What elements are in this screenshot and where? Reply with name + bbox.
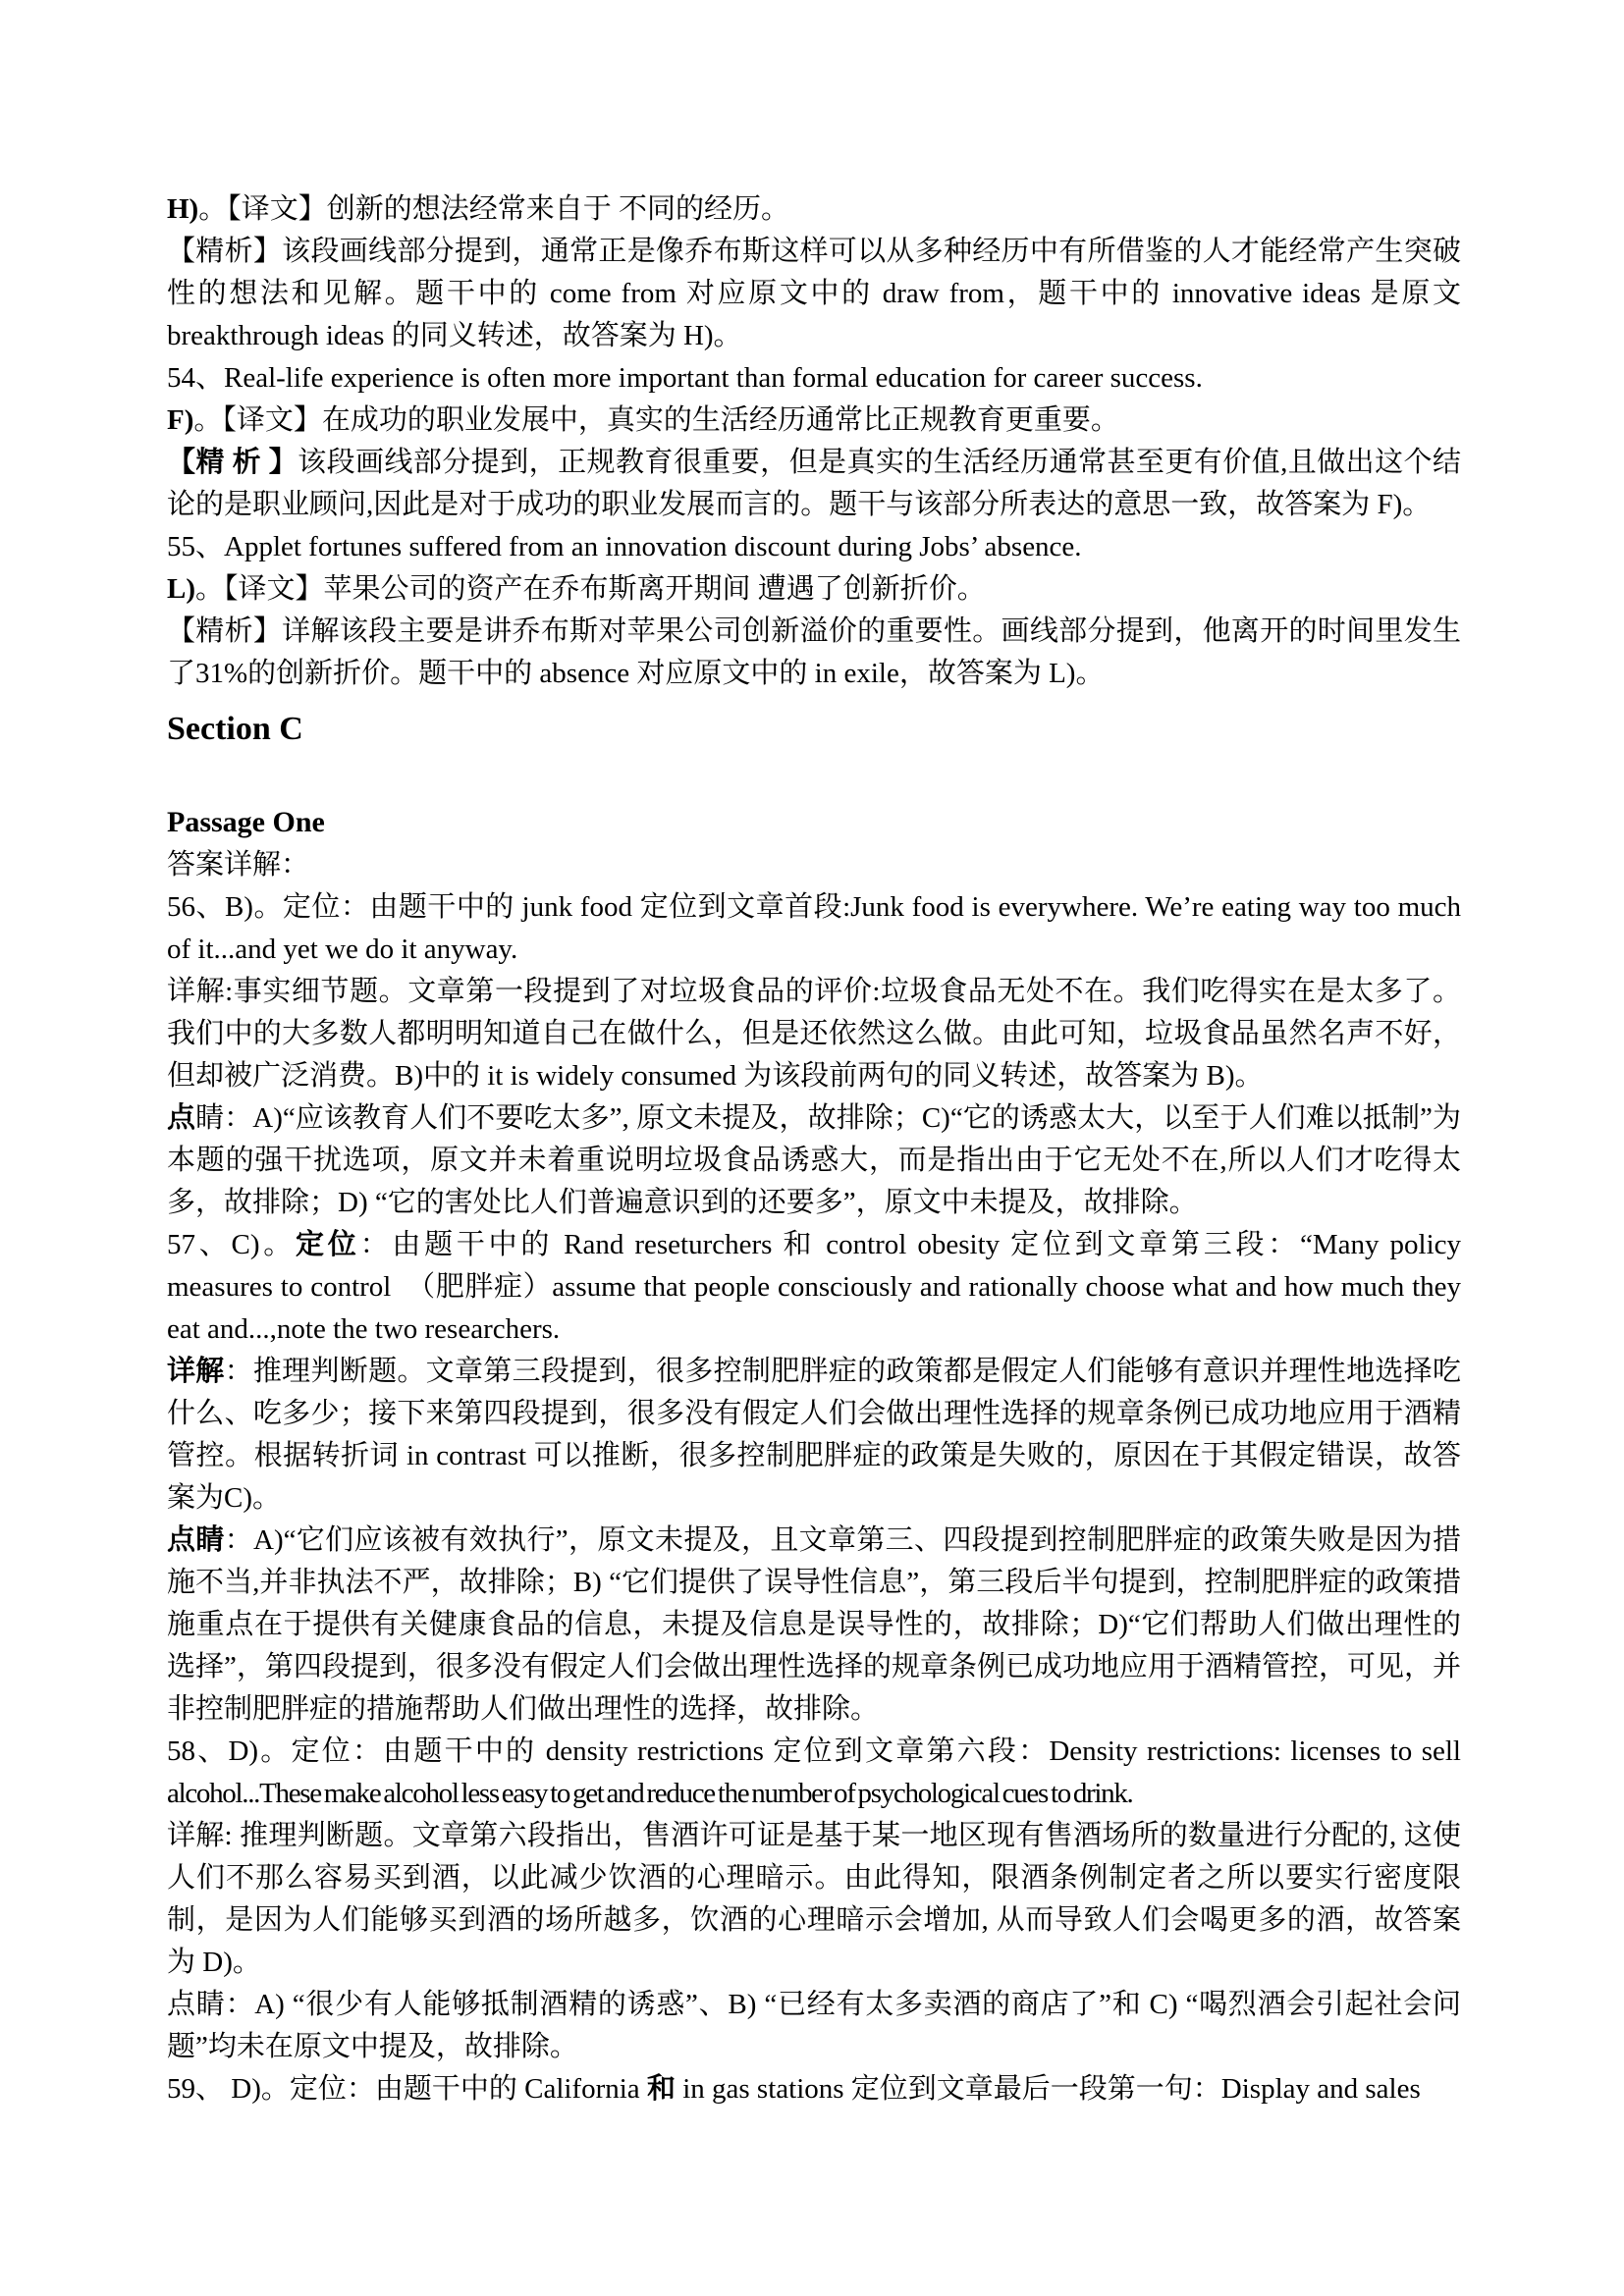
q58-explanation: 详解: 推理判断题。文章第六段指出，售酒许可证是基于某一地区现有售酒场所的数量进… xyxy=(167,1815,1461,1984)
q57-location: 57、C)。定位：由题干中的 Rand reseturchers 和 contr… xyxy=(167,1224,1461,1351)
text-segment: in gas stations 定位到文章最后一段第一句：Display and… xyxy=(676,2073,1421,2105)
text-segment: 【精析】该段画线部分提到，通常正是像乔布斯这样可以从多种经历中有所借鉴的人才能经… xyxy=(167,236,1461,351)
text-segment: 详解: 推理判断题。文章第六段指出，售酒许可证是基于某一地区现有售酒场所的数量进… xyxy=(167,1820,1461,1978)
text-segment: 59、 D)。定位：由题干中的 California xyxy=(167,2073,647,2105)
text-segment: ：推理判断题。文章第三段提到，很多控制肥胖症的政策都是假定人们能够有意识并理性地… xyxy=(167,1356,1461,1514)
q58-tips: 点睛：A) “很少有人能够抵制酒精的诱惑”、B) “已经有太多卖酒的商店了”和 … xyxy=(167,1984,1461,2068)
q57-tips: 点睛：A)“它们应该被有效执行”，原文未提及，且文章第三、四段提到控制肥胖症的政… xyxy=(167,1520,1461,1731)
text-segment: 55、Applet fortunes suffered from an inno… xyxy=(167,531,1082,562)
q57-explanation: 详解：推理判断题。文章第三段提到，很多控制肥胖症的政策都是假定人们能够有意识并理… xyxy=(167,1351,1461,1520)
tips-label: 点睛 xyxy=(167,1524,225,1556)
text-segment: 57、C)。 xyxy=(167,1229,296,1260)
text-segment: ：A)“它们应该被有效执行”，原文未提及，且文章第三、四段提到控制肥胖症的政策失… xyxy=(167,1524,1461,1725)
passage-one-heading: Passage One xyxy=(167,801,1461,844)
text-segment: 点睛：A) “很少有人能够抵制酒精的诱惑”、B) “已经有太多卖酒的商店了”和 … xyxy=(167,1989,1461,2062)
answer-h-translation: H)。【译文】创新的想法经常来自于 不同的经历。 xyxy=(167,188,1461,231)
q59-location: 59、 D)。定位：由题干中的 California 和 in gas stat… xyxy=(167,2068,1461,2110)
explanation-label: 详解 xyxy=(167,1356,225,1387)
q56-location: 56、B)。定位：由题干中的 junk food 定位到文章首段:Junk fo… xyxy=(167,886,1461,971)
bold-conjunction: 和 xyxy=(647,2073,676,2105)
option-letter: F) xyxy=(167,404,193,436)
document-page: H)。【译文】创新的想法经常来自于 不同的经历。 【精析】该段画线部分提到，通常… xyxy=(0,0,1624,2296)
text-segment: ：由题干中的 Rand reseturchers 和 control obesi… xyxy=(167,1229,1461,1345)
answer-l-analysis: 【精析】详解该段主要是讲乔布斯对苹果公司创新溢价的重要性。画线部分提到，他离开的… xyxy=(167,611,1461,695)
answer-f-translation: F)。【译文】在成功的职业发展中，真实的生活经历通常比正规教育更重要。 xyxy=(167,400,1461,442)
heading-text: Passage One xyxy=(167,806,325,838)
q56-tips: 点睛：A)“应该教育人们不要吃太多”, 原文未提及，故排除；C)“它的诱惑太大，… xyxy=(167,1097,1461,1224)
answer-l-translation: L)。【译文】苹果公司的资产在乔布斯离开期间 遭遇了创新折价。 xyxy=(167,568,1461,611)
text-segment: 睛：A)“应该教育人们不要吃太多”, 原文未提及，故排除；C)“它的诱惑太大，以… xyxy=(167,1102,1461,1218)
text-segment: 58、D)。定位：由题干中的 density restrictions 定位到文… xyxy=(167,1735,1461,1767)
q56-explanation: 详解:事实细节题。文章第一段提到了对垃圾食品的评价:垃圾食品无处不在。我们吃得实… xyxy=(167,971,1461,1097)
answer-h-analysis: 【精析】该段画线部分提到，通常正是像乔布斯这样可以从多种经历中有所借鉴的人才能经… xyxy=(167,231,1461,357)
quoted-source-text: alcohol...These make alcohol less easy t… xyxy=(167,1778,1133,1809)
section-c-heading: Section C xyxy=(167,707,1461,752)
text-segment: 该段画线部分提到，正规教育很重要，但是真实的生活经历通常甚至更有价值,且做出这个… xyxy=(167,447,1461,520)
text-segment: 54、Real-life experience is often more im… xyxy=(167,362,1203,394)
question-55: 55、Applet fortunes suffered from an inno… xyxy=(167,526,1461,568)
text-segment: 。【译文】在成功的职业发展中，真实的生活经历通常比正规教育更重要。 xyxy=(193,404,1119,436)
text-segment: 答案详解： xyxy=(167,849,309,881)
tips-label: 点 xyxy=(167,1102,195,1134)
analysis-label: 【精 析 】 xyxy=(167,447,298,478)
text-segment: 。【译文】苹果公司的资产在乔布斯离开期间 遭遇了创新折价。 xyxy=(195,573,986,605)
text-segment: 。【译文】创新的想法经常来自于 不同的经历。 xyxy=(198,193,789,225)
question-54: 54、Real-life experience is often more im… xyxy=(167,357,1461,400)
text-segment: 【精析】详解该段主要是讲乔布斯对苹果公司创新溢价的重要性。画线部分提到，他离开的… xyxy=(167,615,1461,689)
text-segment: 56、B)。定位：由题干中的 junk food 定位到文章首段:Junk fo… xyxy=(167,891,1461,965)
answer-f-analysis: 【精 析 】该段画线部分提到，正规教育很重要，但是真实的生活经历通常甚至更有价值… xyxy=(167,442,1461,526)
answer-key-label: 答案详解： xyxy=(167,844,1461,886)
heading-text: Section C xyxy=(167,711,303,747)
option-letter: L) xyxy=(167,573,195,605)
option-letter: H) xyxy=(167,193,198,225)
text-segment: 详解:事实细节题。文章第一段提到了对垃圾食品的评价:垃圾食品无处不在。我们吃得实… xyxy=(167,976,1461,1092)
location-label: 定位 xyxy=(296,1229,360,1260)
q58-location: 58、D)。定位：由题干中的 density restrictions 定位到文… xyxy=(167,1731,1461,1815)
